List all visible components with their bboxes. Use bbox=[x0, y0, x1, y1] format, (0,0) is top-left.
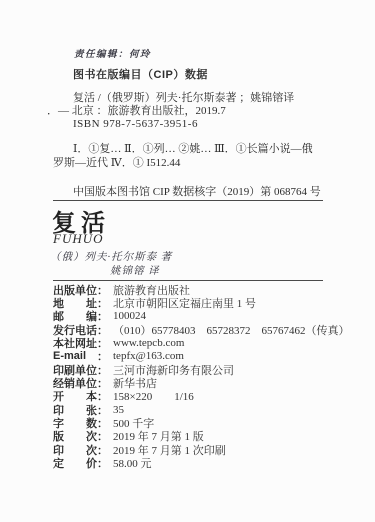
row-label: 定 价 bbox=[53, 455, 97, 471]
cip-record-number: 中国版本图书馆 CIP 数据核字（2019）第 068764 号 bbox=[73, 183, 321, 199]
responsible-editor-line: 责任编辑：何玲 bbox=[74, 46, 151, 60]
cip-entry-line1: 复活 /（俄罗斯）列夫·托尔斯泰著 ；姚锦镕译 bbox=[73, 92, 294, 105]
table-row: 定 价：58.00 元 bbox=[53, 456, 363, 469]
cip-heading: 图书在版编目（CIP）数据 bbox=[73, 66, 208, 82]
row-value: 35 bbox=[113, 404, 124, 416]
row-label: 本社网址 bbox=[53, 335, 97, 351]
row-colon: ： bbox=[97, 455, 108, 471]
classification-line1: Ⅰ．①复… Ⅱ．①列… ②姚… Ⅲ．①长篇小说—俄 bbox=[73, 143, 313, 156]
row-value: 北京市朝阳区定福庄南里 1 号 bbox=[113, 295, 256, 311]
row-value: tepfx@163.com bbox=[113, 350, 184, 362]
copyright-page: 责任编辑：何玲 图书在版编目（CIP）数据 复活 /（俄罗斯）列夫·托尔斯泰著 … bbox=[0, 0, 375, 522]
row-value: 100024 bbox=[113, 310, 146, 322]
book-title-pinyin: FUHUO bbox=[53, 231, 104, 247]
row-value: www.tepcb.com bbox=[113, 337, 184, 349]
publication-info-table: 出版单位：旅游教育出版社 地 址：北京市朝阳区定福庄南里 1 号 邮 编：100… bbox=[53, 283, 363, 470]
divider-top bbox=[53, 200, 323, 201]
cip-entry-line2: ．— 北京 ：旅游教育出版社，2019.7 bbox=[47, 105, 226, 118]
book-translator: 姚锦镕 译 bbox=[110, 263, 160, 278]
row-value: 158×220 1/16 bbox=[113, 388, 194, 404]
classification-line2: 罗斯—近代 Ⅳ．① I512.44 bbox=[53, 157, 180, 170]
book-author: （俄）列夫·托尔斯泰 著 bbox=[50, 249, 172, 264]
row-value: 58.00 元 bbox=[113, 455, 152, 471]
isbn-line: ISBN 978-7-5637-3951-6 bbox=[73, 118, 198, 131]
row-label: E-mail bbox=[53, 350, 97, 362]
row-value: （010）65778403 65728372 65767462（传真） bbox=[113, 322, 350, 338]
